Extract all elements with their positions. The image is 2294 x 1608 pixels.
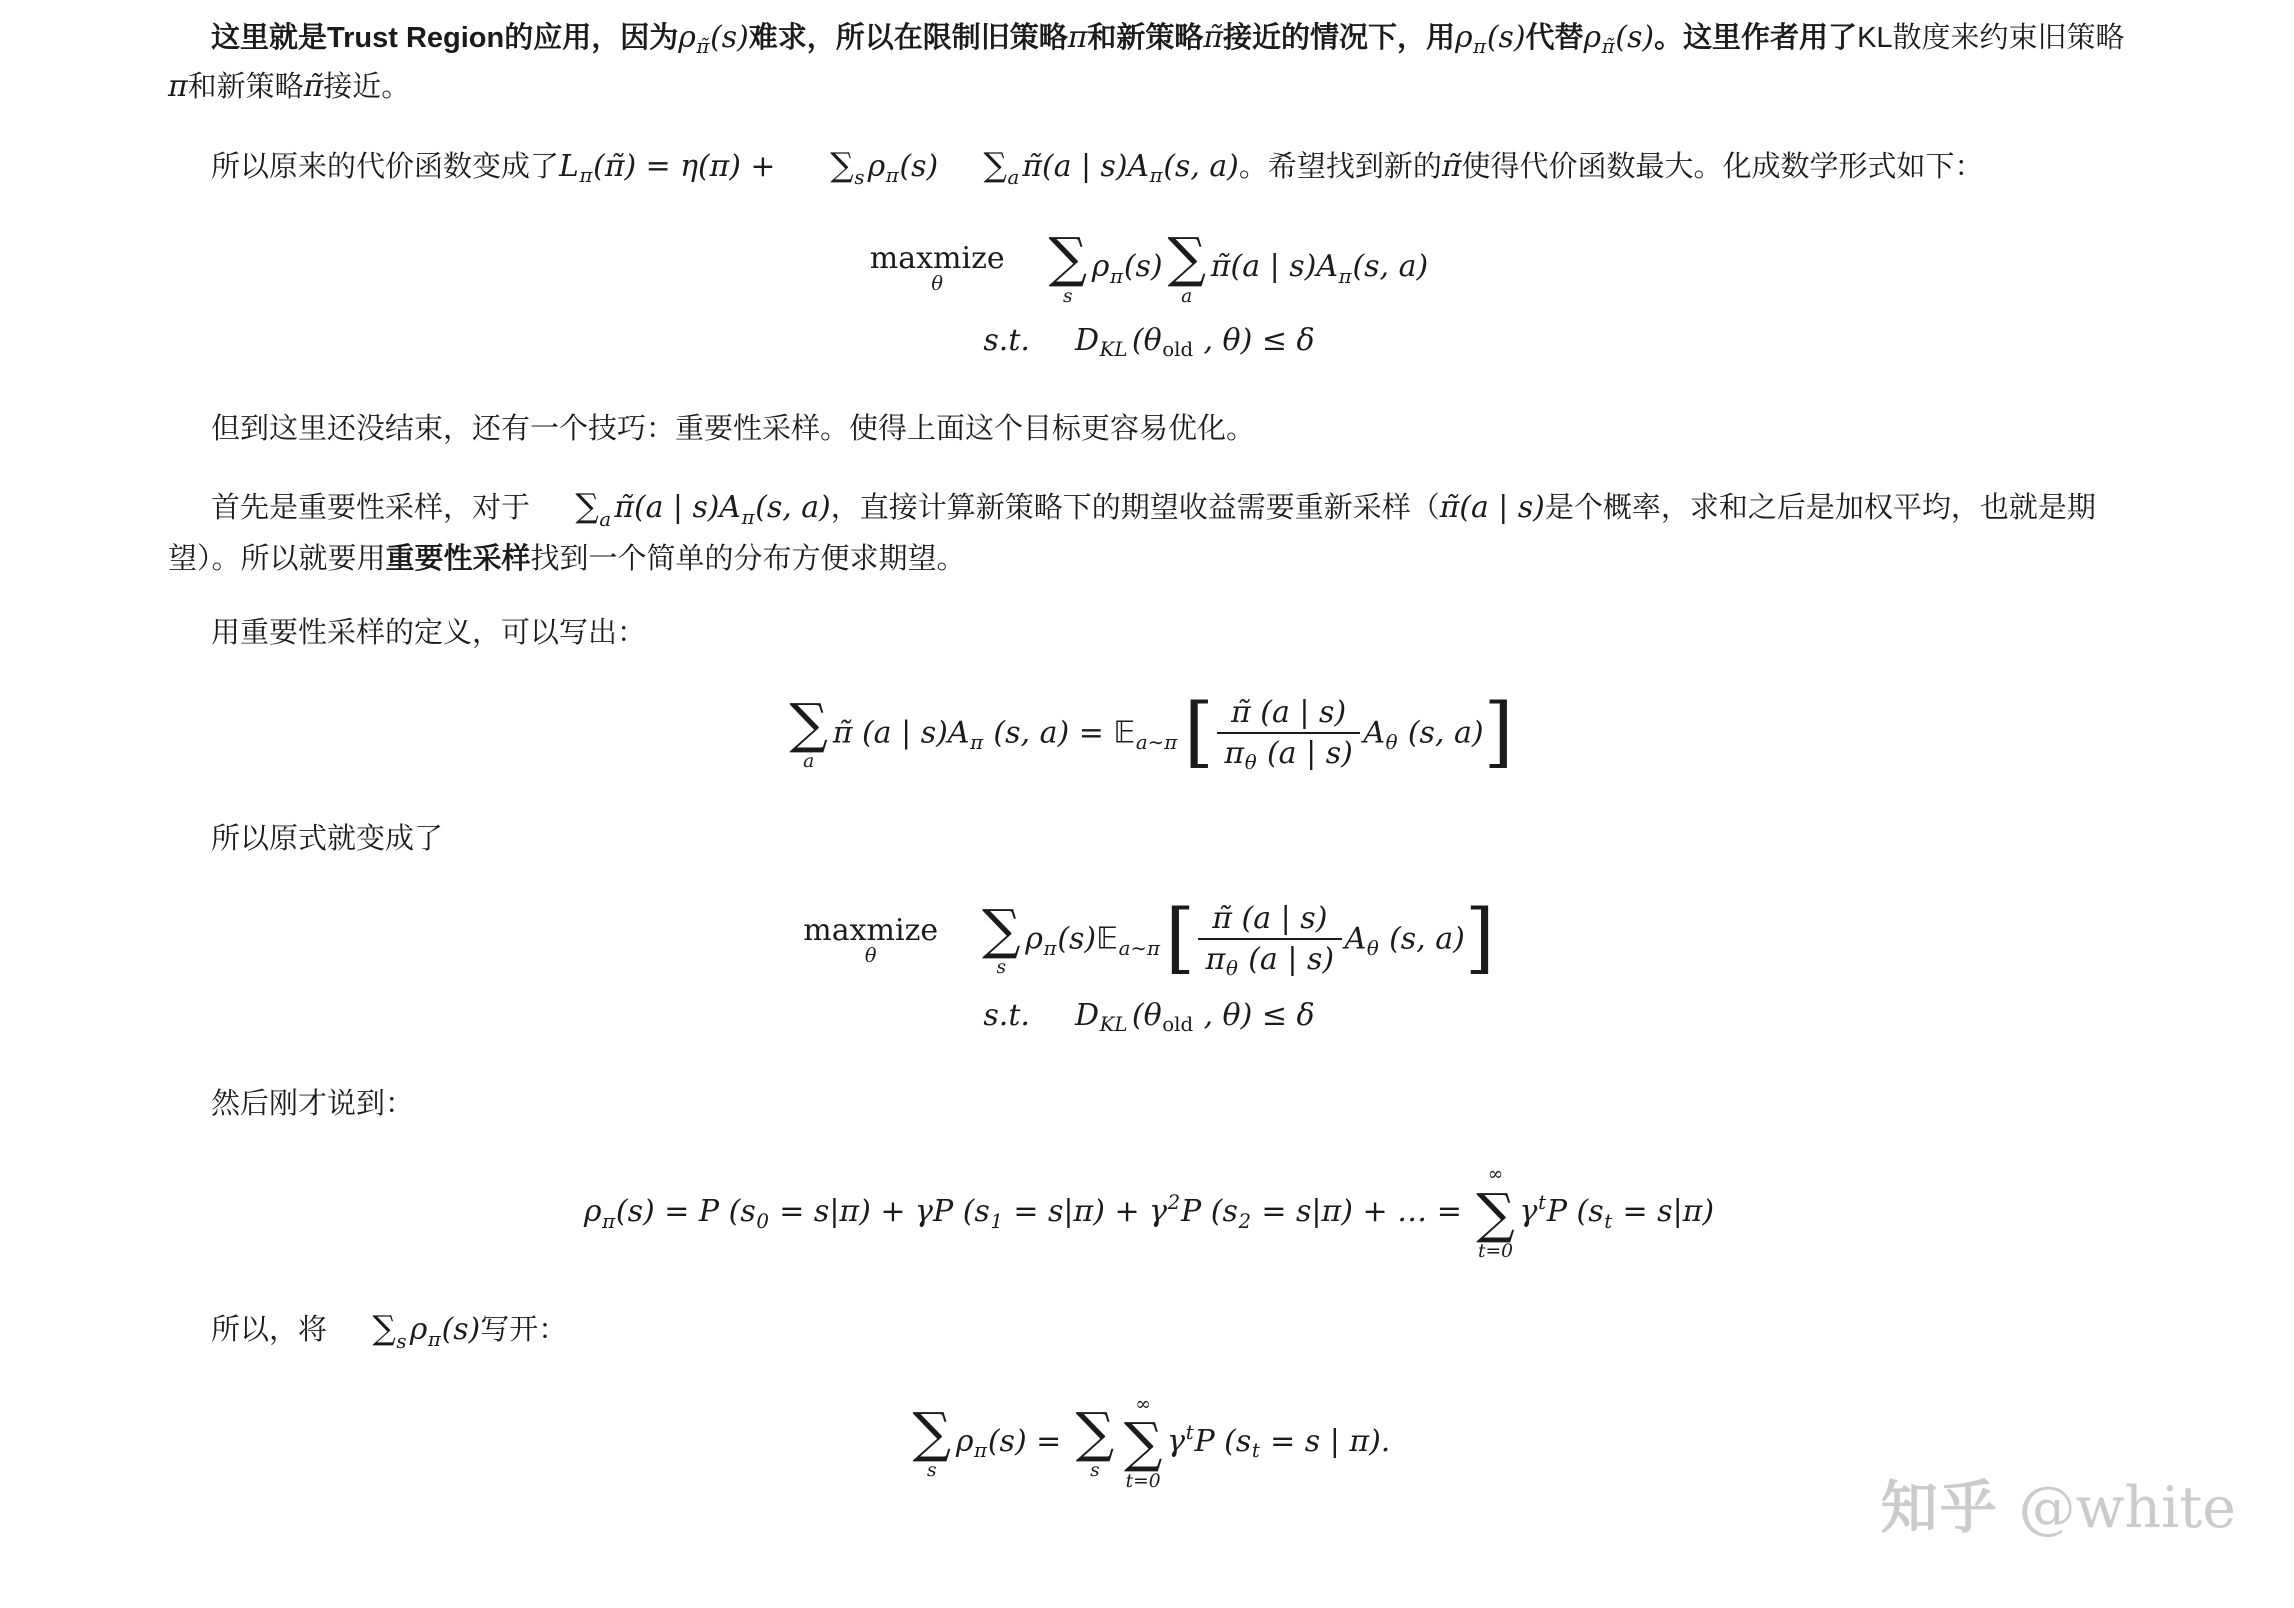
bold-text: 。这里作者用了 — [1654, 22, 1857, 54]
zhihu-logo: 知乎 — [1881, 1462, 1999, 1544]
bold-text: 和新策略 — [1087, 22, 1203, 54]
math-big: [ — [1165, 894, 1195, 983]
math-i: π̃(a | s)A — [1022, 149, 1149, 184]
math-big: [ — [1184, 688, 1214, 777]
math-i: = s|π) + … = — [1252, 1194, 1472, 1229]
inline-math: ρπ̃(s) — [678, 20, 749, 55]
text-run: 使得代价函数最大。化成数学形式如下： — [1461, 151, 1983, 183]
math-dn: old — [1162, 338, 1193, 361]
math-i: = s|π) + γP (s — [770, 1194, 990, 1229]
paragraph-5: 首先是重要性采样，对于∑aπ̃(a | s)Aπ(s, a)，直接计算新策略下的… — [168, 480, 2130, 583]
math-i: (s) — [1124, 250, 1163, 285]
text-run: 首先是重要性采样，对于 — [211, 492, 530, 524]
equation-line: ρπ(s) = P (s0 = s|π) + γP (s1 = s|π) + γ… — [168, 1164, 2130, 1262]
math-i: π̃ (a | s) — [1212, 901, 1327, 936]
paragraph-4: 但到这里还没结束，还有一个技巧：重要性采样。使得上面这个目标更容易优化。 — [168, 406, 2130, 453]
math-i: (s) — [1615, 20, 1654, 55]
math-i: (θ — [1132, 323, 1162, 358]
math-under: maxmizeθ — [870, 243, 1005, 295]
math-sum: ∑s — [1076, 1405, 1115, 1481]
equation-line: ∑sρπ(s) = ∑s∞∑t=0γtP (st = s | π). — [168, 1394, 2130, 1492]
inline-math: π̃ — [1203, 20, 1223, 55]
math-i: π̃ (a | s)A — [833, 716, 970, 751]
math-i: γ — [1520, 1194, 1538, 1229]
math-under: maxmizeθ — [803, 915, 938, 967]
math-dn: π — [970, 731, 983, 754]
math-sum: ∞∑t=0 — [1124, 1394, 1163, 1492]
text-run: ，直接计算新策略下的期望收益需要重新采样（ — [831, 492, 1440, 524]
math-i: π̃(a | s)A — [1211, 250, 1338, 285]
math-i: (s, a) — [1163, 149, 1238, 184]
math-i: ρ — [1092, 250, 1110, 285]
math-i: = s|π) — [1613, 1194, 1714, 1229]
text-run: 和新策略 — [188, 71, 304, 103]
math-up: t — [1186, 1421, 1194, 1444]
bold-text: 难求，所以在限制旧策略 — [749, 22, 1068, 54]
math-i: π — [1206, 942, 1226, 977]
math-isum: ∑a — [940, 139, 1020, 195]
math-i: ρ — [584, 1194, 602, 1229]
inline-math: π — [168, 69, 188, 104]
math-i: π̃ — [304, 69, 324, 104]
paragraph-1: 这里就是Trust Region的应用，因为ρπ̃(s)难求，所以在限制旧策略π… — [168, 14, 2130, 112]
math-sum: ∑a — [1167, 230, 1206, 306]
paragraph-10: 然后刚才说到： — [168, 1081, 2130, 1128]
math-i: π — [1068, 20, 1088, 55]
math-dn: π — [428, 1328, 441, 1351]
math-i: A — [1363, 716, 1385, 751]
watermark: 知乎 @white — [1881, 1462, 2236, 1544]
bold-text: 代替 — [1526, 22, 1584, 54]
math-i: ρ — [678, 20, 696, 55]
math-dn: π — [1044, 937, 1057, 960]
math-i: (θ — [1132, 998, 1162, 1033]
math-i: P (s — [1547, 1194, 1604, 1229]
equation-line: s.t.DKL(θold , θ) ≤ δ — [168, 317, 2130, 366]
bold-text: 接近的情况下，用 — [1223, 22, 1455, 54]
inline-math: ρπ(s) — [1455, 20, 1526, 55]
math-dn: π — [1150, 164, 1163, 187]
inline-math: ∑aπ̃(a | s)Aπ(s, a) — [530, 490, 831, 525]
math-i: π — [1224, 736, 1244, 771]
math-i: = s | π). — [1261, 1424, 1391, 1459]
math-i: (s, a) — [1352, 250, 1428, 285]
text-run: 接近。 — [323, 71, 410, 103]
inline-math: ∑sρπ(s) — [327, 1312, 480, 1347]
display-equation-3: maxmizeθ∑sρπ(s)∑aπ̃(a | s)Aπ(s, a)s.t.DK… — [168, 230, 2130, 366]
text-run: 所以原式就变成了 — [211, 823, 443, 855]
math-i: (s) — [899, 149, 938, 184]
article-body: 这里就是Trust Region的应用，因为ρπ̃(s)难求，所以在限制旧策略π… — [0, 0, 2294, 1492]
math-i: D — [1075, 323, 1099, 358]
math-i: (π̃) = η(π) + — [593, 149, 785, 184]
math-i: ρ — [1584, 20, 1602, 55]
math-i: π̃ — [1203, 20, 1223, 55]
math-i: P (s — [1181, 1194, 1238, 1229]
inline-math: π — [1068, 20, 1088, 55]
math-up: t — [1538, 1191, 1546, 1214]
math-i: (s, a) = — [984, 716, 1114, 751]
display-equation-11: ρπ(s) = P (s0 = s|π) + γP (s1 = s|π) + γ… — [168, 1164, 2130, 1262]
paragraph-6: 用重要性采样的定义，可以写出： — [168, 610, 2130, 657]
math-dn: π — [886, 164, 899, 187]
text-run: 找到一个简单的分布方便求期望。 — [531, 543, 966, 575]
math-dn: π — [974, 1439, 987, 1462]
math-dn: θ — [1245, 751, 1257, 774]
math-i: = s|π) + γ — [1004, 1194, 1167, 1229]
math-dn: a∼π — [1119, 937, 1160, 960]
text-run: 写开： — [480, 1314, 567, 1346]
math-i: (a | s) — [1257, 736, 1352, 771]
math-sum: ∑a — [789, 696, 828, 772]
math-i: π̃ (a | s) — [1231, 695, 1346, 730]
math-i: D — [1075, 998, 1099, 1033]
math-frac: π̃ (a | s)πθ (a | s) — [1217, 693, 1360, 776]
inline-math: π̃(a | s) — [1440, 490, 1545, 525]
math-dn: 0 — [756, 1210, 769, 1233]
math-i: π — [168, 69, 188, 104]
text-run: 用重要性采样的定义，可以写出： — [211, 617, 646, 649]
math-dn: π̃ — [1602, 35, 1615, 58]
math-dn: π — [1110, 265, 1123, 288]
display-equation-13: ∑sρπ(s) = ∑s∞∑t=0γtP (st = s | π). — [168, 1394, 2130, 1492]
math-dn: π — [602, 1210, 615, 1233]
display-equation-9: maxmizeθ∑sρπ(s)𝔼a∼π[π̃ (a | s)πθ (a | s)… — [168, 899, 2130, 1041]
math-i: ρ — [1455, 20, 1473, 55]
math-isum: ∑s — [787, 139, 865, 195]
paragraph-2: 所以原来的代价函数变成了Lπ(π̃) = η(π) + ∑sρπ(s)∑aπ̃(… — [168, 139, 2130, 195]
math-i: ρ — [1025, 922, 1043, 957]
equation-line: s.t.DKL(θold , θ) ≤ δ — [168, 992, 2130, 1041]
math-sum: ∑s — [1048, 230, 1087, 306]
inline-math: π̃ — [1442, 149, 1462, 184]
bold-text: 重要性采样 — [386, 543, 531, 575]
text-run: KL散度来约束旧策略 — [1857, 22, 2124, 54]
watermark-username: @white — [2019, 1475, 2236, 1541]
paragraph-8: 所以原式就变成了 — [168, 816, 2130, 863]
math-isum: ∑s — [329, 1302, 407, 1358]
math-dn: π — [1473, 35, 1486, 58]
math-dn: 1 — [990, 1210, 1003, 1233]
paragraph-12: 所以，将∑sρπ(s)写开： — [168, 1302, 2130, 1358]
math-dn: θ — [1386, 731, 1398, 754]
text-run: 所以原来的代价函数变成了 — [211, 151, 559, 183]
math-i: s.t. — [983, 323, 1030, 358]
math-i: π̃(a | s)A — [614, 490, 741, 525]
text-run: 但到这里还没结束，还有一个技巧：重要性采样。使得上面这个目标更容易优化。 — [211, 413, 1255, 445]
math-dn: t — [1604, 1210, 1612, 1233]
math-i: (s) = P (s — [616, 1194, 756, 1229]
math-i: (s) — [1057, 922, 1096, 957]
math-dn: π — [742, 506, 755, 529]
equation-line: maxmizeθ∑sρπ(s)∑aπ̃(a | s)Aπ(s, a) — [168, 230, 2130, 306]
math-i: ρ — [956, 1424, 974, 1459]
math-i: ρ — [410, 1312, 428, 1347]
equation-line: ∑aπ̃ (a | s)Aπ (s, a) = 𝔼a∼π[π̃ (a | s)π… — [168, 693, 2130, 776]
text-run: 然后刚才说到： — [211, 1088, 414, 1120]
math-big: ] — [1484, 688, 1514, 777]
math-i: π̃ — [1442, 149, 1462, 184]
math-big: ] — [1465, 894, 1495, 983]
math-i: (s, a) — [1380, 922, 1465, 957]
math-isum: ∑a — [532, 480, 612, 536]
math-i: (s) — [442, 1312, 481, 1347]
math-i: (s) — [710, 20, 749, 55]
math-dn: θ — [1367, 937, 1379, 960]
inline-math: ρπ̃(s) — [1584, 20, 1655, 55]
math-up: 2 — [1168, 1191, 1181, 1214]
math-i: γ — [1167, 1424, 1185, 1459]
math-i: A — [1345, 922, 1367, 957]
math-dn: old — [1162, 1013, 1193, 1036]
math-dn: KL — [1100, 338, 1128, 361]
math-dn: π̃ — [696, 35, 709, 58]
math-dn: t — [1252, 1439, 1260, 1462]
math-i: (s) = — [988, 1424, 1071, 1459]
inline-math: Lπ(π̃) = η(π) + ∑sρπ(s)∑aπ̃(a | s)Aπ(s, … — [559, 149, 1239, 184]
math-dn: a∼π — [1136, 731, 1177, 754]
math-i: (a | s) — [1239, 942, 1334, 977]
math-dn: 2 — [1238, 1210, 1251, 1233]
math-i: π̃(a | s) — [1440, 490, 1545, 525]
inline-math: π̃ — [304, 69, 324, 104]
text-run: 。希望找到新的 — [1239, 151, 1442, 183]
math-dn: θ — [1226, 957, 1238, 980]
equation-line: maxmizeθ∑sρπ(s)𝔼a∼π[π̃ (a | s)πθ (a | s)… — [168, 899, 2130, 982]
math-i: , θ) ≤ δ — [1194, 323, 1315, 358]
math-i: L — [559, 149, 579, 184]
math-i: (s, a) — [755, 490, 830, 525]
math-i: (s) — [1487, 20, 1526, 55]
math-i: , θ) ≤ δ — [1194, 998, 1315, 1033]
math-dn: π — [1339, 265, 1352, 288]
math-sum: ∑s — [912, 1405, 951, 1481]
math-sum: ∑s — [982, 902, 1021, 978]
math-frac: π̃ (a | s)πθ (a | s) — [1198, 899, 1341, 982]
math-i: (s, a) — [1398, 716, 1483, 751]
bold-text: 这里就是Trust Region的应用，因为 — [211, 22, 678, 54]
math-dn: KL — [1100, 1013, 1128, 1036]
math-bb: 𝔼 — [1113, 716, 1135, 751]
math-i: s.t. — [983, 998, 1030, 1033]
math-i: P (s — [1194, 1424, 1251, 1459]
math-i: ρ — [868, 149, 886, 184]
text-run: 所以，将 — [211, 1314, 327, 1346]
math-bb: 𝔼 — [1096, 922, 1118, 957]
display-equation-7: ∑aπ̃ (a | s)Aπ (s, a) = 𝔼a∼π[π̃ (a | s)π… — [168, 693, 2130, 776]
math-dn: π — [579, 164, 592, 187]
math-sum: ∞∑t=0 — [1476, 1164, 1515, 1262]
